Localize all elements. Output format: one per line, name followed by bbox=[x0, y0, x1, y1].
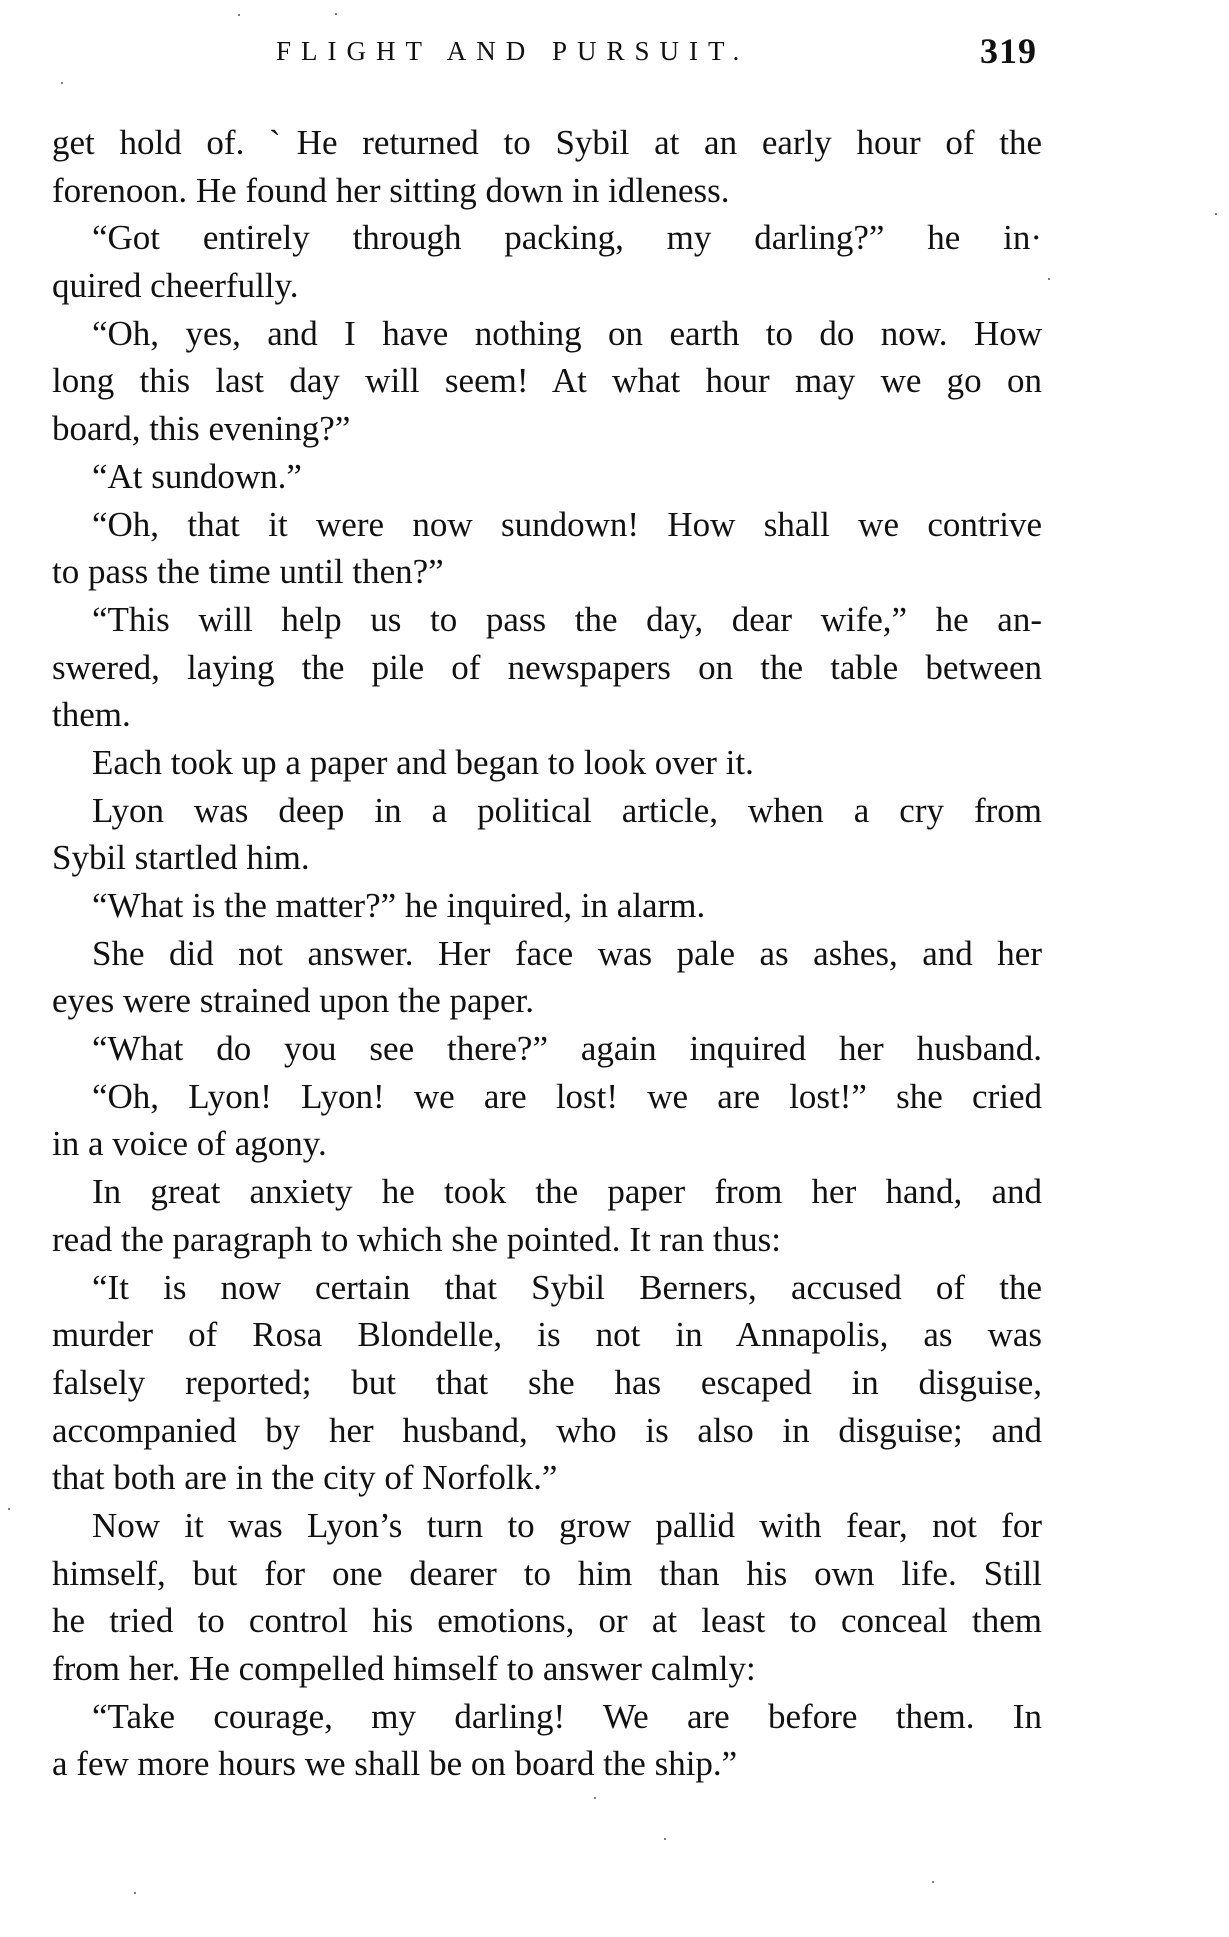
text-line: board, this evening?” bbox=[52, 405, 1042, 453]
text-line: “This will help us to pass the day, dear… bbox=[52, 596, 1042, 644]
scan-speck bbox=[61, 82, 63, 84]
running-title: FLIGHT AND PURSUIT. bbox=[276, 36, 749, 67]
page-number: 319 bbox=[980, 30, 1037, 72]
text-line: in a voice of agony. bbox=[52, 1120, 1042, 1168]
text-line: “What do you see there?” again inquired … bbox=[52, 1025, 1042, 1073]
text-line: “Got entirely through packing, my darlin… bbox=[52, 214, 1042, 262]
text-line: accompanied by her husband, who is also … bbox=[52, 1407, 1042, 1455]
text-line: “Oh, that it were now sundown! How shall… bbox=[52, 501, 1042, 549]
text-line: Sybil startled him. bbox=[52, 834, 1042, 882]
text-line: himself, but for one dearer to him than … bbox=[52, 1550, 1042, 1598]
text-line: from her. He compelled himself to answer… bbox=[52, 1645, 1042, 1693]
text-line: “Oh, Lyon! Lyon! we are lost! we are los… bbox=[52, 1073, 1042, 1121]
text-line: In great anxiety he took the paper from … bbox=[52, 1168, 1042, 1216]
text-line: “Oh, yes, and I have nothing on earth to… bbox=[52, 310, 1042, 358]
scan-speck bbox=[335, 13, 337, 15]
scan-speck bbox=[1048, 278, 1050, 280]
text-line: “It is now certain that Sybil Berners, a… bbox=[52, 1264, 1042, 1312]
text-line: get hold of. ˋHe returned to Sybil at an… bbox=[52, 119, 1042, 167]
scan-speck bbox=[8, 1508, 10, 1510]
text-line: “What is the matter?” he inquired, in al… bbox=[52, 882, 1042, 930]
text-line: to pass the time until then?” bbox=[52, 548, 1042, 596]
running-head: FLIGHT AND PURSUIT. 319 bbox=[0, 30, 1229, 80]
scan-speck bbox=[238, 14, 240, 16]
text-line: Each took up a paper and began to look o… bbox=[52, 739, 1042, 787]
text-line: read the paragraph to which she pointed.… bbox=[52, 1216, 1042, 1264]
text-line: Lyon was deep in a political article, wh… bbox=[52, 787, 1042, 835]
text-line: falsely reported; but that she has escap… bbox=[52, 1359, 1042, 1407]
scan-speck bbox=[1014, 1278, 1016, 1280]
text-line: murder of Rosa Blondelle, is not in Anna… bbox=[52, 1311, 1042, 1359]
text-line: “Take courage, my darling! We are before… bbox=[52, 1693, 1042, 1741]
text-line: he tried to control his emotions, or at … bbox=[52, 1597, 1042, 1645]
text-line: She did not answer. Her face was pale as… bbox=[52, 930, 1042, 978]
text-line: that both are in the city of Norfolk.” bbox=[52, 1454, 1042, 1502]
text-line: long this last day will seem! At what ho… bbox=[52, 357, 1042, 405]
scan-speck bbox=[594, 1797, 596, 1799]
text-line: Now it was Lyon’s turn to grow pallid wi… bbox=[52, 1502, 1042, 1550]
scan-speck bbox=[664, 1838, 666, 1840]
scan-speck bbox=[134, 1892, 136, 1894]
text-line: them. bbox=[52, 691, 1042, 739]
text-line: a few more hours we shall be on board th… bbox=[52, 1740, 1042, 1788]
scan-speck bbox=[932, 1881, 934, 1883]
text-line: forenoon. He found her sitting down in i… bbox=[52, 167, 1042, 215]
scan-speck bbox=[1215, 213, 1217, 215]
text-line: eyes were strained upon the paper. bbox=[52, 977, 1042, 1025]
text-line: quired cheerfully. bbox=[52, 262, 1042, 310]
body-text: get hold of. ˋHe returned to Sybil at an… bbox=[52, 119, 1042, 1788]
text-line: swered, laying the pile of newspapers on… bbox=[52, 644, 1042, 692]
text-line: “At sundown.” bbox=[52, 453, 1042, 501]
